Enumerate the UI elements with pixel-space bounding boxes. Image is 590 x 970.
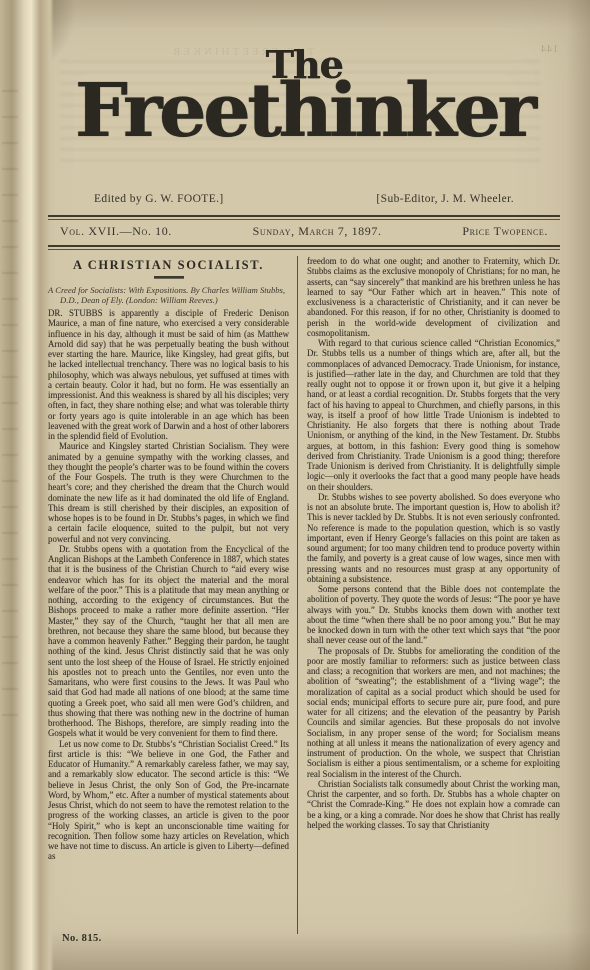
paragraph: Dr. Stubbs opens with a quotation from t…: [48, 544, 289, 739]
article-title: A CHRISTIAN SOCIALIST.: [48, 258, 289, 273]
issue-info-rule: [48, 245, 560, 250]
paragraph: Maurice and Kingsley started Christian S…: [48, 441, 289, 544]
left-column: A CHRISTIAN SOCIALIST. A Creed for Socia…: [48, 256, 297, 934]
issue-footer-number: No. 815.: [62, 933, 102, 944]
newspaper-page-scan: 144 THE FREETHINKER The Freethinker Edit…: [0, 0, 590, 970]
volume-number: Vol. XVII.—No. 10.: [60, 224, 172, 239]
paragraph: Christian Socialists talk consumedly abo…: [307, 779, 560, 830]
editor-row: Edited by G. W. FOOTE.] [Sub-Editor, J. …: [48, 193, 560, 205]
editor-credit: Edited by G. W. FOOTE.]: [94, 193, 224, 205]
right-column: freedom to do what one ought; and anothe…: [297, 256, 560, 934]
paragraph: Dr. Stubbs wishes to see poverty abolish…: [307, 492, 560, 584]
masthead: The Freethinker: [48, 46, 560, 148]
paragraph: freedom to do what one ought; and anothe…: [307, 256, 560, 338]
sub-editor-credit: [Sub-Editor, J. M. Wheeler.: [376, 193, 514, 205]
paragraph: Some persons contend that the Bible does…: [307, 584, 560, 646]
paragraph: Let us now come to Dr. Stubbs’s “Christi…: [48, 739, 289, 862]
article-columns: A CHRISTIAN SOCIALIST. A Creed for Socia…: [48, 256, 560, 934]
paragraph: With regard to that curious science call…: [307, 338, 560, 492]
opposite-page-text-bleed: [2, 90, 18, 730]
title-divider: [154, 276, 184, 279]
masthead-title: Freethinker: [48, 74, 560, 148]
issue-info-row: Vol. XVII.—No. 10. Sunday, March 7, 1897…: [48, 224, 560, 239]
masthead-rule: [48, 215, 560, 220]
issue-date: Sunday, March 7, 1897.: [253, 224, 382, 239]
book-citation: A Creed for Socialists: With Expositions…: [48, 285, 289, 305]
issue-price: Price Twopence.: [462, 224, 548, 239]
paragraph: DR. STUBBS is apparently a disciple of F…: [48, 308, 289, 441]
paragraph: The proposals of Dr. Stubbs for ameliora…: [307, 646, 560, 779]
